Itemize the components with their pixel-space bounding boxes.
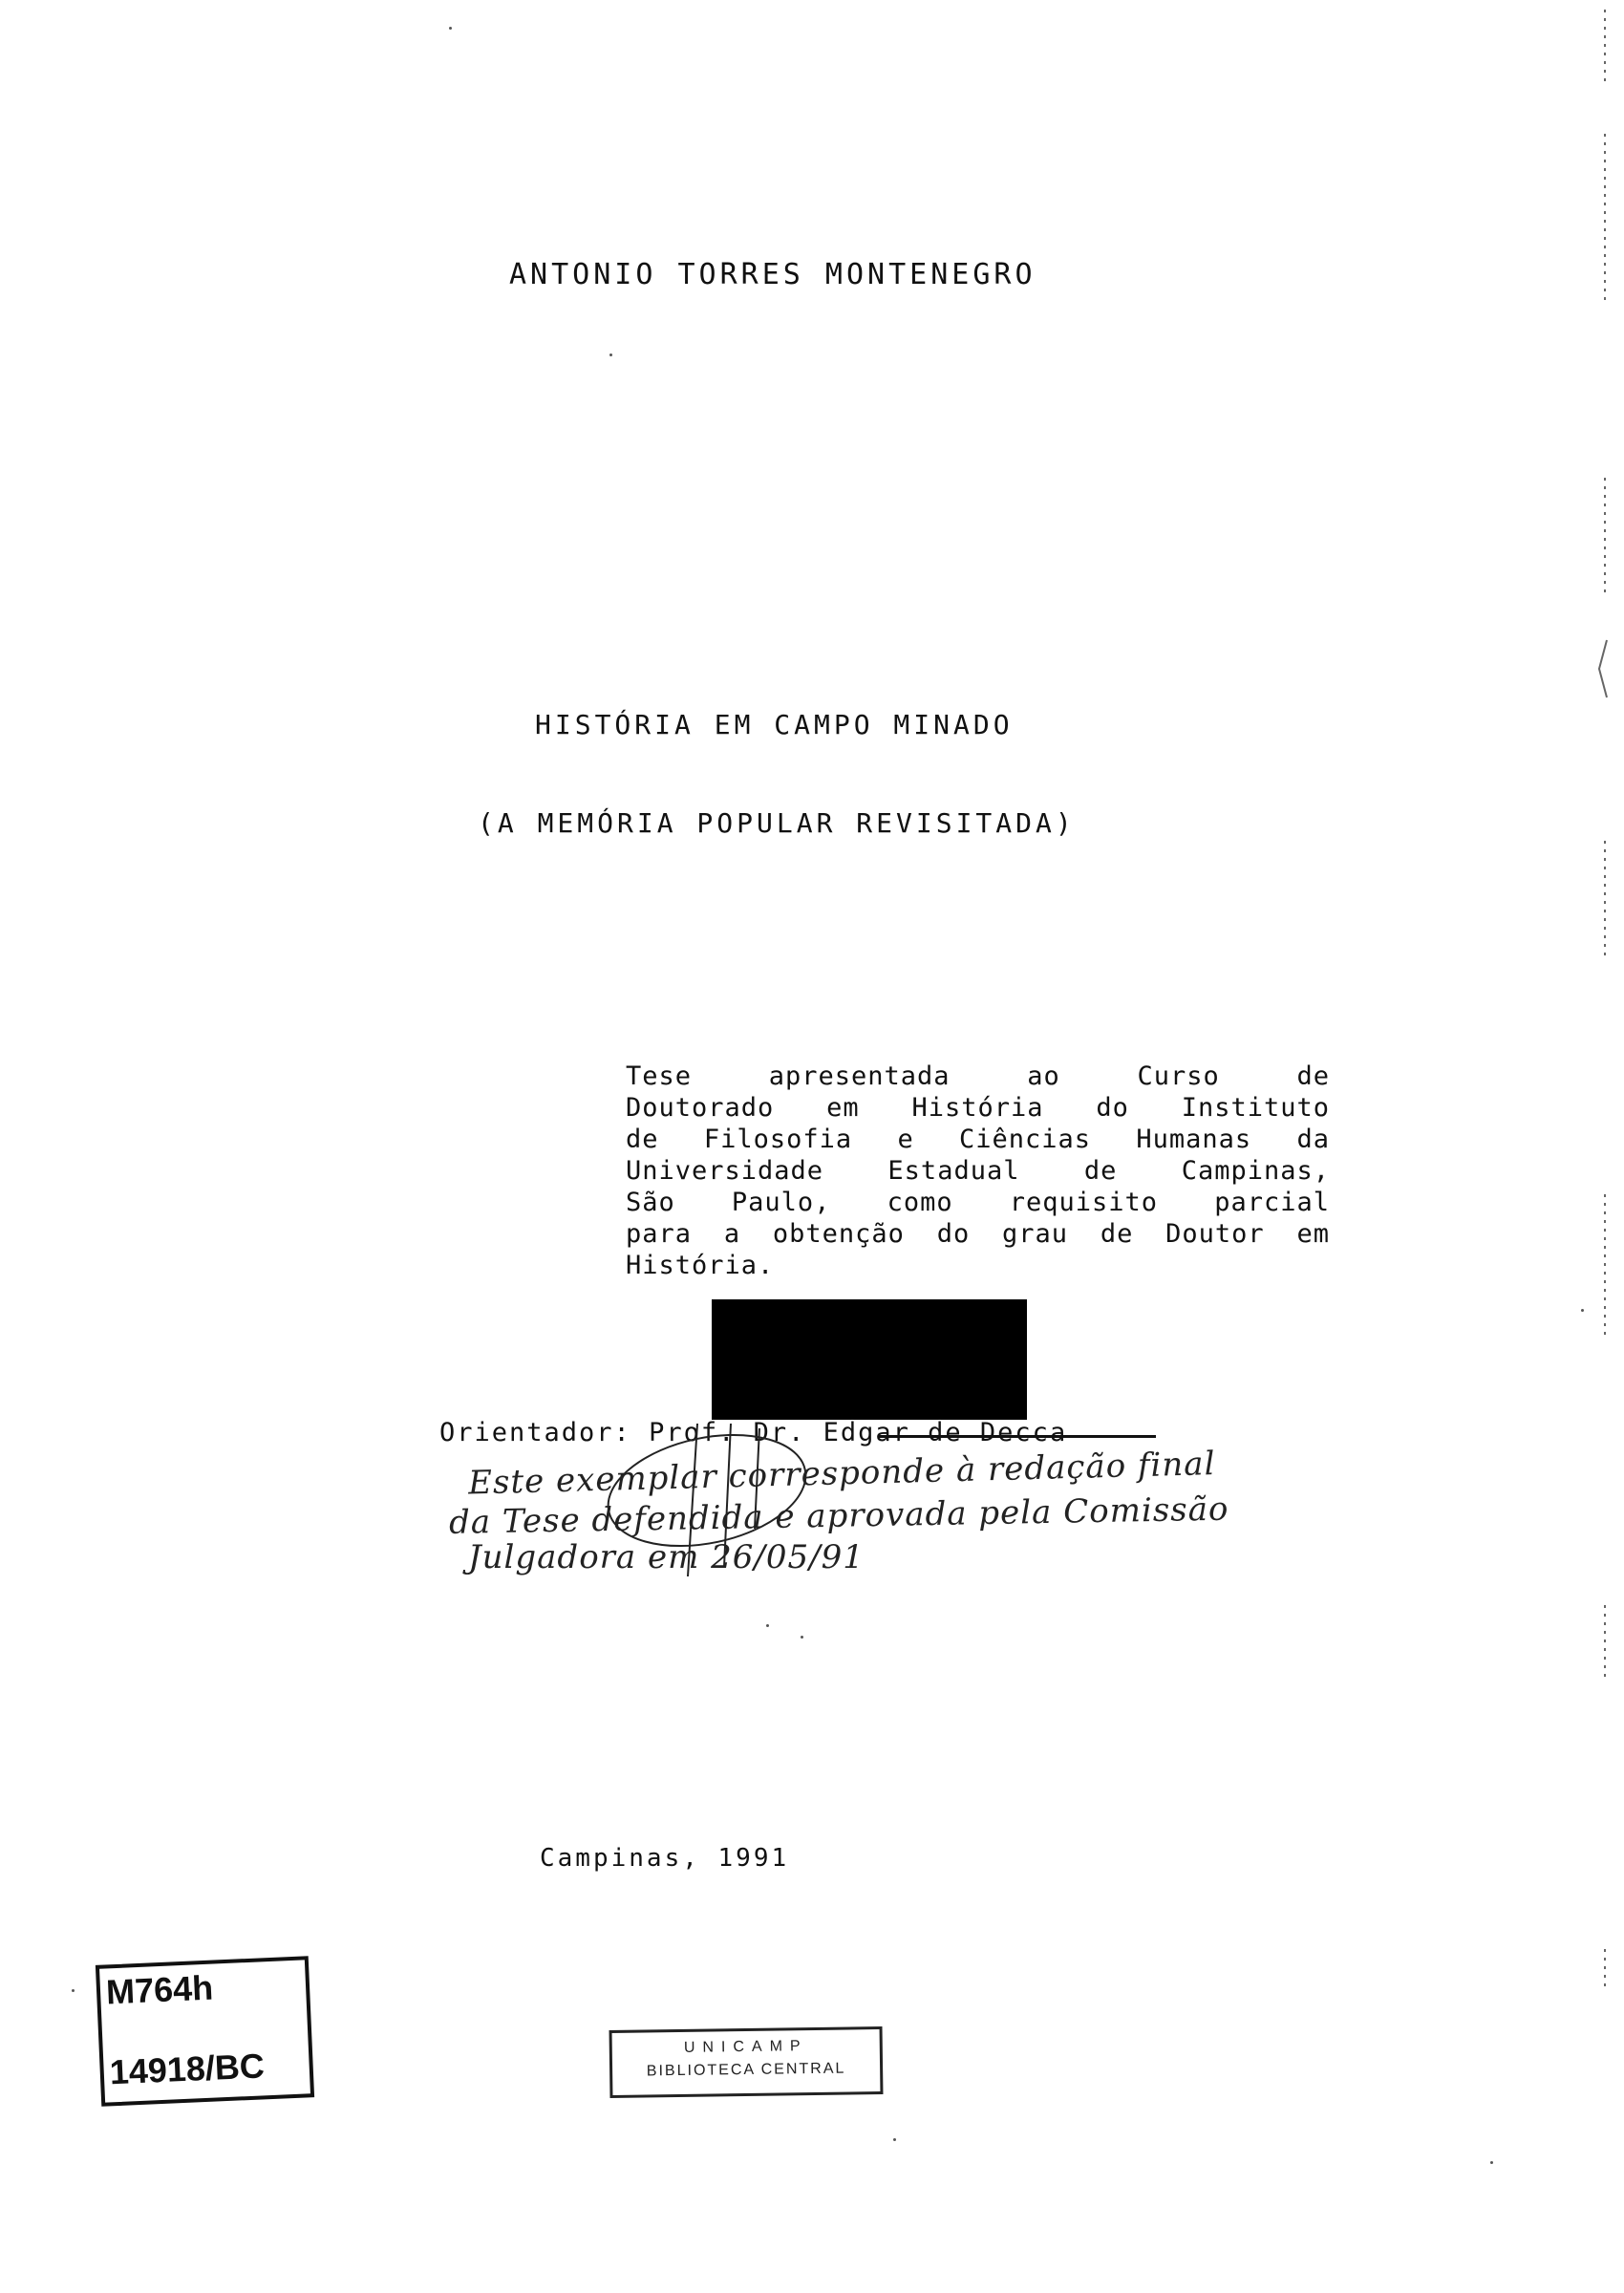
scan-speck (609, 354, 612, 356)
scan-speck (766, 1624, 769, 1627)
scan-speck (1581, 1309, 1584, 1312)
library-stamp-line1: UNICAMP (612, 2037, 880, 2058)
thesis-title-page: ANTONIO TORRES MONTENEGRO HISTÓRIA EM CA… (0, 0, 1624, 2293)
library-stamp: UNICAMP BIBLIOTECA CENTRAL (609, 2026, 884, 2098)
scan-speck (801, 1636, 803, 1639)
scan-speck (72, 1989, 75, 1992)
statement-line: Tese apresentada ao Curso de (626, 1061, 1330, 1092)
scan-speck (449, 27, 452, 30)
scan-speck (1490, 2161, 1493, 2164)
accession-number: 14918/BC (109, 2046, 266, 2092)
statement-line: de Filosofia e Ciências Humanas da (626, 1124, 1330, 1155)
scan-speck (893, 2138, 896, 2141)
handwritten-approval-note: Este exemplar corresponde à redação fina… (430, 1447, 1528, 1600)
scan-edge-marks (1595, 0, 1614, 2293)
place-and-date: Campinas, 1991 (540, 1844, 789, 1873)
submission-statement: Tese apresentada ao Curso de Doutorado e… (626, 1061, 1330, 1281)
statement-line: Universidade Estadual de Campinas, (626, 1155, 1330, 1187)
statement-line: História. (626, 1250, 1330, 1281)
statement-line: Doutorado em História do Instituto (626, 1092, 1330, 1124)
author-name: ANTONIO TORRES MONTENEGRO (509, 258, 1036, 291)
library-stamp-line2: BIBLIOTECA CENTRAL (612, 2060, 880, 2081)
handwritten-line: Julgadora em 26/05/91 (468, 1535, 1528, 1579)
call-number: M764h (105, 1968, 214, 2013)
thesis-subtitle: (A MEMÓRIA POPULAR REVISITADA) (478, 807, 1076, 839)
redaction-box (712, 1299, 1027, 1420)
statement-line: para a obtenção do grau de Doutor em (626, 1218, 1330, 1250)
strikethrough-mark (879, 1435, 1156, 1438)
statement-line: São Paulo, como requisito parcial (626, 1187, 1330, 1218)
thesis-title: HISTÓRIA EM CAMPO MINADO (535, 709, 1014, 740)
call-number-stamp: M764h 14918/BC (96, 1956, 314, 2107)
